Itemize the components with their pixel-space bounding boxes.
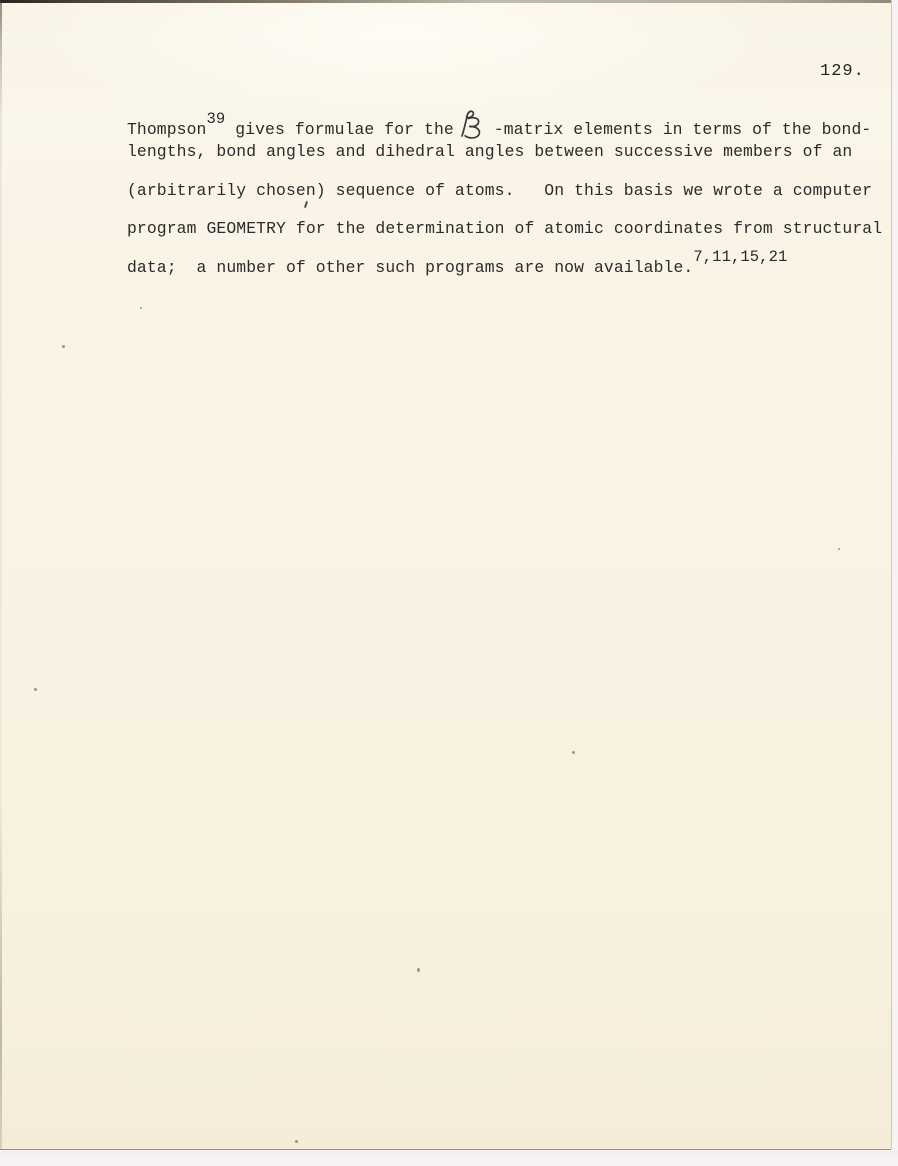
scan-speck [838,548,840,550]
scan-speck [572,751,575,754]
scanner-background [0,1151,898,1166]
scan-mark [304,201,308,208]
scan-speck [140,307,142,309]
text-run: data; a number of other such programs ar… [127,258,693,277]
page-number: 129. [820,62,865,81]
text-run: gives formulae for the [225,120,454,139]
text-run: Thompson [127,120,207,139]
text-line-1: Thompson39 gives formulae for the -matri… [127,103,871,140]
scanned-page: 129. Thompson39 gives formulae for the -… [0,0,891,1149]
script-b-glyph [457,109,483,140]
text-run: -matrix elements in terms of the bond- [484,120,872,139]
scanned-document: 129. Thompson39 gives formulae for the -… [0,0,898,1166]
text-line-4: program GEOMETRY for the determination o… [127,219,882,239]
scan-speck [62,345,65,348]
text-line-5: data; a number of other such programs ar… [127,258,787,278]
scan-speck [295,1140,298,1143]
superscript-reference: 39 [207,109,226,129]
scan-speck [34,688,37,691]
text-line-3: (arbitrarily chosen) sequence of atoms. … [127,181,872,201]
text-line-2: lengths, bond angles and dihedral angles… [127,142,852,162]
superscript-reference: 7,11,15,21 [693,247,787,267]
scan-speck [417,968,420,972]
